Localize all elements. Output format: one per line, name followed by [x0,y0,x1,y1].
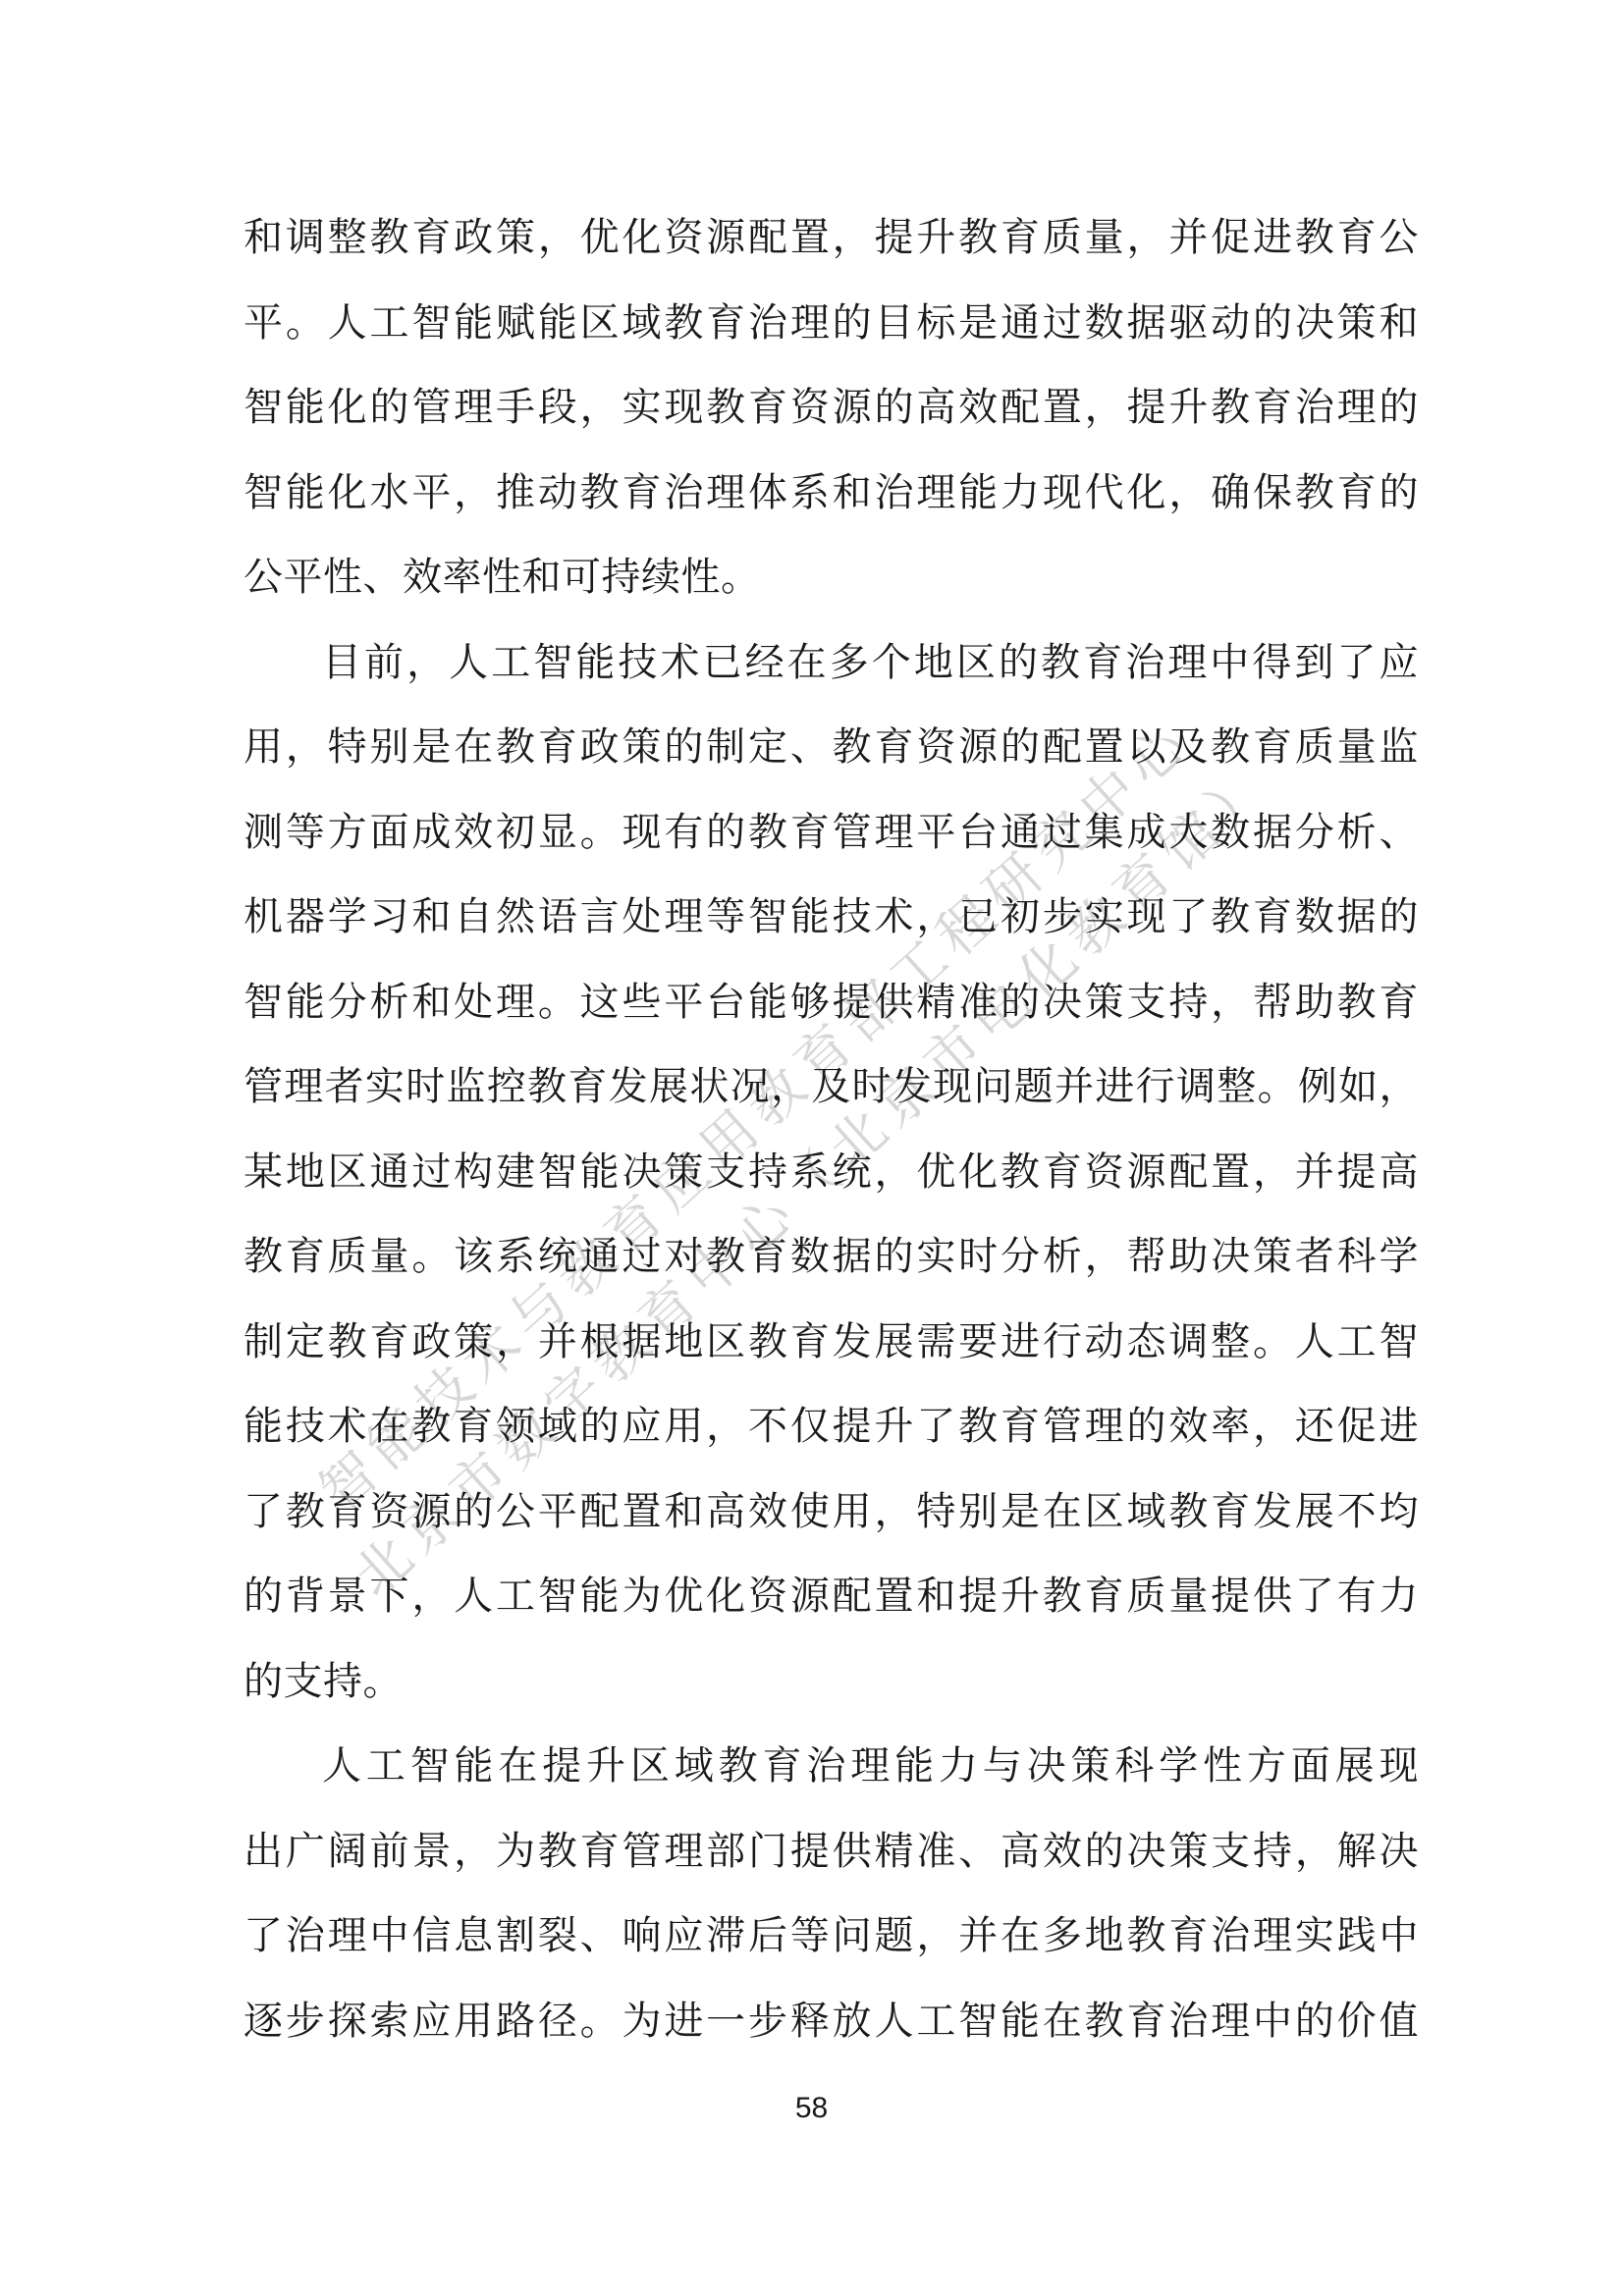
text-line: 能技术在教育领域的应用，不仅提升了教育管理的效率，还促进 [243,1384,1419,1469]
text-line: 机器学习和自然语言处理等智能技术，已初步实现了教育数据的 [243,875,1419,960]
text-line: 人工智能在提升区域教育治理能力与决策科学性方面展现 [243,1724,1419,1809]
text-line: 智能分析和处理。这些平台能够提供精准的决策支持，帮助教育 [243,960,1419,1045]
text-line: 管理者实时监控教育发展状况，及时发现问题并进行调整。例如， [243,1044,1419,1130]
text-line: 逐步探索应用路径。为进一步释放人工智能在教育治理中的价值 [243,1979,1419,2064]
text-line: 和调整教育政策，优化资源配置，提升教育质量，并促进教育公 [243,195,1419,281]
document-page: 智能技术与教育应用教育部工程研究中心 北京市数字教育中心（北京市电化教育馆） 和… [0,0,1623,2296]
text-line: 智能化的管理手段，实现教育资源的高效配置，提升教育治理的 [243,365,1419,451]
text-line: 了治理中信息割裂、响应滞后等问题，并在多地教育治理实践中 [243,1894,1419,1979]
text-line: 目前，人工智能技术已经在多个地区的教育治理中得到了应 [243,620,1419,706]
text-block: 和调整教育政策，优化资源配置，提升教育质量，并促进教育公平。人工智能赋能区域教育… [243,195,1419,2063]
text-line: 智能化水平，推动教育治理体系和治理能力现代化，确保教育的 [243,451,1419,536]
text-line: 教育质量。该系统通过对教育数据的实时分析，帮助决策者科学 [243,1214,1419,1300]
text-line: 平。人工智能赋能区域教育治理的目标是通过数据驱动的决策和 [243,281,1419,366]
text-line: 的支持。 [243,1639,1419,1725]
text-line: 出广阔前景，为教育管理部门提供精准、高效的决策支持，解决 [243,1809,1419,1895]
text-line: 某地区通过构建智能决策支持系统，优化教育资源配置，并提高 [243,1130,1419,1215]
text-line: 测等方面成效初显。现有的教育管理平台通过集成大数据分析、 [243,790,1419,876]
text-line: 的背景下，人工智能为优化资源配置和提升教育质量提供了有力 [243,1554,1419,1639]
text-line: 公平性、效率性和可持续性。 [243,535,1419,620]
text-line: 了教育资源的公平配置和高效使用，特别是在区域教育发展不均 [243,1469,1419,1555]
page-number: 58 [0,2092,1623,2125]
text-line: 用，特别是在教育政策的制定、教育资源的配置以及教育质量监 [243,705,1419,790]
text-line: 制定教育政策，并根据地区教育发展需要进行动态调整。人工智 [243,1300,1419,1385]
